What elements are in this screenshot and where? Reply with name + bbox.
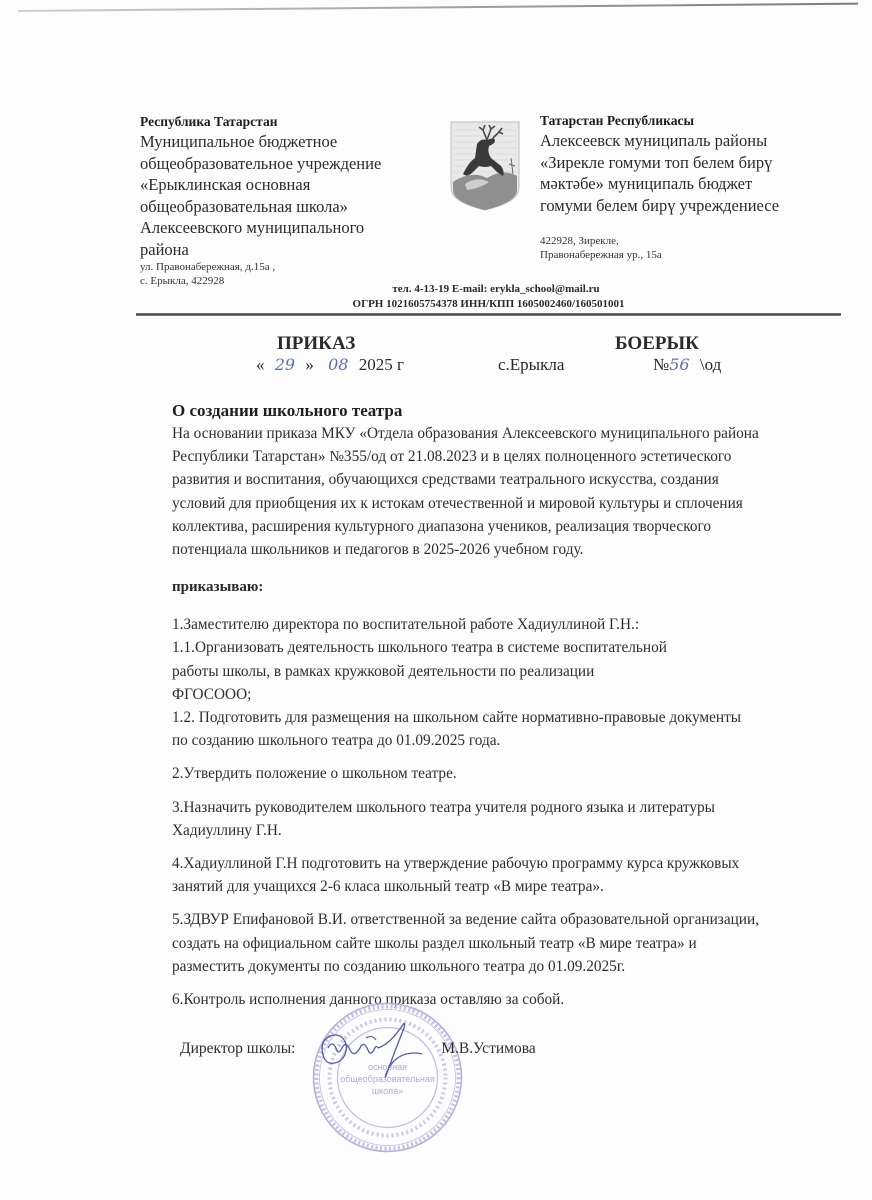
signer-position: Директор школы: [180,1040,295,1057]
signer-name: М.В.Устимова [441,1040,535,1057]
contacts-block: тел. 4-13-19 E-mail: erykla_school@mail.… [0,282,872,312]
order-word: приказываю: [172,576,822,599]
date-month: 08 [328,355,348,374]
order-subject: О создании школьного театра [172,400,822,422]
order-item-4: 4.Хадиуллиной Г.Н подготовить на утвержд… [172,852,822,898]
org-line: Алексеевского муниципального [140,217,440,239]
address-line: Правонабережная ур., 15а [540,248,840,262]
item-line: 6.Контроль исполнения данного приказа ос… [172,988,822,1011]
org-line: общеобразовательное учреждение [140,153,440,175]
address-line: 422928, Зирекле, [540,234,840,248]
preamble-line: потенциала школьников и педагогов в 2025… [172,538,822,561]
org-line: общеобразовательная школа» [140,196,440,218]
item-line: 5.ЗДВУР Епифановой В.И. ответственной за… [172,908,822,931]
item-line: занятий для учащихся 2-6 класа школьный … [172,875,822,898]
item-line: 1.2. Подготовить для размещения на школь… [172,706,822,729]
number-suffix: \од [700,355,721,374]
phone-email: тел. 4-13-19 E-mail: erykla_school@mail.… [0,282,872,297]
date-year: 2025 г [359,355,404,374]
order-item-2: 2.Утвердить положение о школьном театре. [172,762,822,785]
org-line: «Зирекле гомуми топ белем бирү [540,152,840,174]
item-line: работы школы, в рамках кружковой деятель… [172,660,822,683]
order-item-5: 5.ЗДВУР Епифановой В.И. ответственной за… [172,908,822,978]
item-line: 4.Хадиуллиной Г.Н подготовить на утвержд… [172,852,822,875]
org-line: района [140,239,440,261]
preamble-line: развития и воспитания, обучающихся средс… [172,468,822,491]
item-line: разместить документы по созданию школьно… [172,955,822,978]
date-open-quote: « [256,355,265,374]
item-line: 1.Заместителю директора по воспитательно… [172,613,822,636]
order-place: с.Ерыкла [498,355,564,375]
org-line: «Ерыклинская основная [140,174,440,196]
order-number: №56 \од [653,355,721,375]
region-name-tt: Татарстан Республикасы [540,112,840,130]
registry-numbers: ОГРН 1021605754378 ИНН/КПП 1605002460/16… [0,297,872,312]
item-line: Хадиуллину Г.Н. [172,819,822,842]
date-close-quote: » [305,355,314,374]
preamble-line: Республики Татарстан» №355/од от 21.08.2… [172,445,822,468]
order-title-tt: БОЕРЫК [615,333,699,355]
item-line: создать на официальном сайте школы разде… [172,932,822,955]
preamble-line: условий для приобщения их к истокам отеч… [172,492,822,515]
coat-of-arms-icon [447,118,523,214]
item-line: по созданию школьного театра до 01.09.20… [172,729,822,752]
item-line: 2.Утвердить положение о школьном театре. [172,762,822,785]
region-name-ru: Республика Татарстан [140,113,440,131]
order-item-6: 6.Контроль исполнения данного приказа ос… [172,988,822,1011]
item-line: 1.1.Организовать деятельность школьного … [172,636,822,659]
org-line: Алексеевск муниципаль районы [540,130,840,152]
item-line: 3.Назначить руководителем школьного теат… [172,796,822,819]
letterhead-left: Республика Татарстан Муниципальное бюдже… [140,113,440,288]
number-prefix: № [653,355,669,374]
order-item-3: 3.Назначить руководителем школьного теат… [172,796,822,842]
scan-edge-line [18,3,858,12]
document-page: Республика Татарстан Муниципальное бюдже… [0,0,872,1200]
order-body: О создании школьного театра На основании… [172,400,822,1011]
preamble: На основании приказа МКУ «Отдела образов… [172,422,822,561]
address-line: ул. Правонабережная, д.15а , [140,260,440,274]
order-date: « 29 » 08 2025 г [256,355,404,375]
order-title-ru: ПРИКАЗ [277,333,355,355]
org-line: Муниципальное бюджетное [140,131,440,153]
preamble-line: На основании приказа МКУ «Отдела образов… [172,422,822,445]
number-value: 56 [669,355,689,374]
order-item-1: 1.Заместителю директора по воспитательно… [172,613,822,752]
date-day: 29 [275,355,295,374]
header-divider [136,313,841,316]
letterhead-right: Татарстан Республикасы Алексеевск муници… [540,112,840,262]
org-line: гомуми белем бирү учреждениесе [540,195,840,217]
item-line: ФГОСООО; [172,683,822,706]
org-line: мәктәбе» муниципаль бюджет [540,173,840,195]
handwritten-signature-icon [316,1018,428,1090]
preamble-line: коллектива, расширения культурного диапа… [172,515,822,538]
